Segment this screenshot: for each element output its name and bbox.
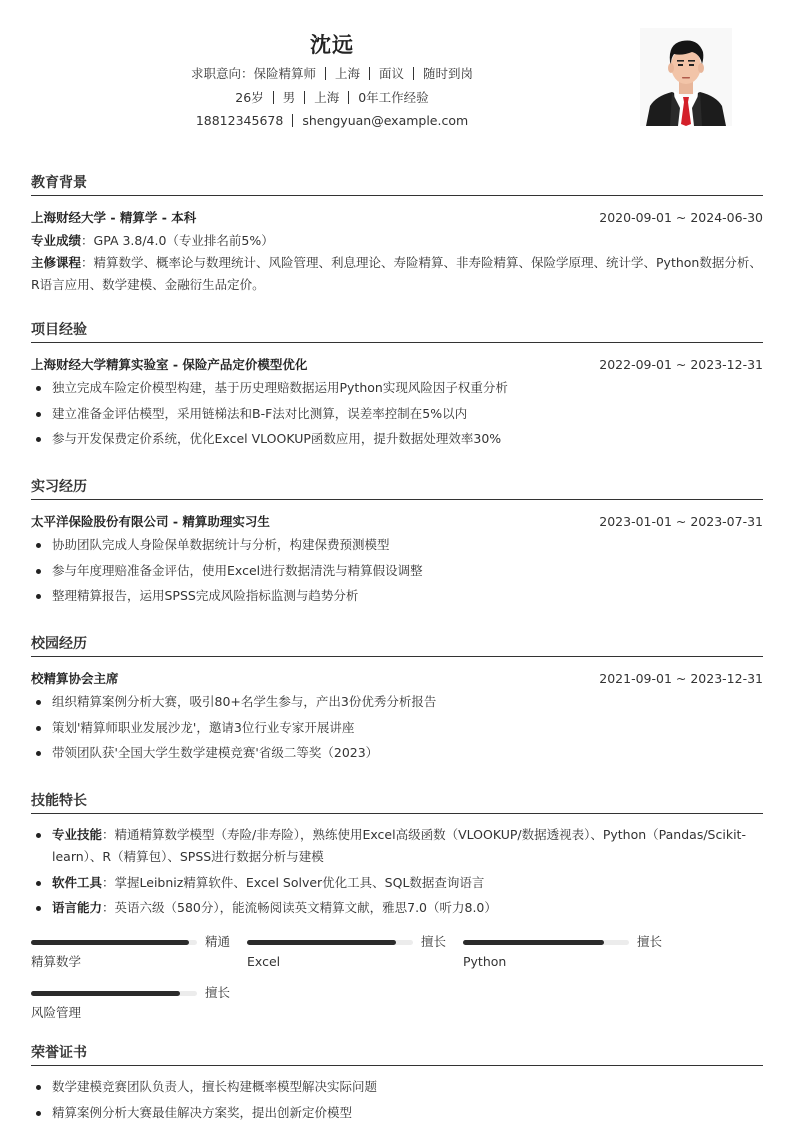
section-title: 技能特长 (31, 788, 763, 814)
skill-label: 语言能力 (52, 900, 102, 915)
courses-value: ：精算数学、概率论与数理统计、风险管理、利息理论、寿险精算、非寿险精算、保险学原… (31, 255, 762, 292)
campus-role: 校精算协会主席 (31, 669, 119, 687)
list-item: 组织精算案例分析大赛，吸引80+名学生参与，产出3份优秀分析报告 (31, 691, 763, 713)
list-item: 带领团队获'全国大学生数学建模竞赛'省级二等奖（2023） (31, 742, 763, 764)
skills-bullets: 专业技能：精通精算数学模型（寿险/非寿险），熟练使用Excel高级函数（VLOO… (31, 824, 763, 919)
project-entry-header: 上海财经大学精算实验室 - 保险产品定价模型优化 2022-09-01 ~ 20… (31, 353, 763, 375)
skill-name: Excel (247, 952, 280, 972)
gpa-line: 专业成绩：GPA 3.8/4.0（专业排名前5%） (31, 230, 763, 252)
intent-salary: 面议 (379, 66, 404, 81)
internship-bullets: 协助团队完成人身险保单数据统计与分析，构建保费预测模型 参与年度理赔准备金评估，… (31, 534, 763, 607)
separator (369, 67, 370, 80)
skill-level: 擅长 (637, 933, 662, 951)
basic-info-line: 26岁男上海0年工作经验 (30, 86, 634, 110)
list-item: 专业技能：精通精算数学模型（寿险/非寿险），熟练使用Excel高级函数（VLOO… (31, 824, 763, 868)
gpa-value: ：GPA 3.8/4.0（专业排名前5%） (81, 233, 274, 248)
skill-name: 精算数学 (31, 952, 81, 972)
skill-bar-fill (31, 940, 189, 945)
skill-level: 精通 (205, 933, 230, 951)
age: 26岁 (235, 90, 263, 105)
person-portrait-icon (640, 28, 732, 126)
avatar-photo (640, 28, 732, 126)
list-item: 精算案例分析大赛最佳解决方案奖，提出创新定价模型 (31, 1102, 763, 1123)
separator (413, 67, 414, 80)
section-title: 教育背景 (31, 170, 763, 196)
email[interactable]: shengyuan@example.com (302, 113, 468, 128)
skills-section: 技能特长 专业技能：精通精算数学模型（寿险/非寿险），熟练使用Excel高级函数… (31, 788, 763, 923)
separator (273, 91, 274, 104)
skill-bar-track (247, 940, 413, 945)
skill-level: 擅长 (421, 933, 446, 951)
honors-section: 荣誉证书 数学建模竞赛团队负责人，擅长构建概率模型解决实际问题 精算案例分析大赛… (31, 1040, 763, 1123)
skill-bar-item: 精通 精算数学 (31, 933, 231, 973)
list-item: 语言能力：英语六级（580分），能流畅阅读英文精算文献，雅思7.0（听力8.0） (31, 897, 763, 919)
courses-line: 主修课程：精算数学、概率论与数理统计、风险管理、利息理论、寿险精算、非寿险精算、… (31, 252, 763, 296)
school-degree: 上海财经大学 - 精算学 - 本科 (31, 208, 196, 226)
list-item: 协助团队完成人身险保单数据统计与分析，构建保费预测模型 (31, 534, 763, 556)
skill-text: ：精通精算数学模型（寿险/非寿险），熟练使用Excel高级函数（VLOOKUP/… (52, 827, 746, 864)
job-intent-line: 求职意向：保险精算师上海面议随时到岗 (30, 62, 634, 86)
intent-city: 上海 (335, 66, 360, 81)
skill-bar-item: 擅长 Excel (247, 933, 447, 973)
internship-entry-header: 太平洋保险股份有限公司 - 精算助理实习生 2023-01-01 ~ 2023-… (31, 510, 763, 532)
resume-page: 沈远 求职意向：保险精算师上海面议随时到岗 26岁男上海0年工作经验 18812… (0, 0, 794, 1123)
skill-bar-track (463, 940, 629, 945)
contact-line: 18812345678shengyuan@example.com (30, 109, 634, 133)
project-name: 上海财经大学精算实验室 - 保险产品定价模型优化 (31, 355, 307, 373)
skill-bar-fill (247, 940, 396, 945)
skill-bar-track (31, 940, 197, 945)
list-item: 独立完成车险定价模型构建，基于历史理赔数据运用Python实现风险因子权重分析 (31, 377, 763, 399)
separator (325, 67, 326, 80)
separator (292, 114, 293, 127)
date-range: 2023-01-01 ~ 2023-07-31 (599, 514, 763, 529)
internship-section: 实习经历 太平洋保险股份有限公司 - 精算助理实习生 2023-01-01 ~ … (31, 474, 763, 611)
list-item: 整理精算报告，运用SPSS完成风险指标监测与趋势分析 (31, 585, 763, 607)
location: 上海 (314, 90, 339, 105)
date-range: 2021-09-01 ~ 2023-12-31 (599, 671, 763, 686)
section-title: 荣誉证书 (31, 1040, 763, 1066)
campus-section: 校园经历 校精算协会主席 2021-09-01 ~ 2023-12-31 组织精… (31, 631, 763, 768)
phone: 18812345678 (196, 113, 283, 128)
skill-name: 风险管理 (31, 1003, 81, 1023)
gender: 男 (283, 90, 296, 105)
project-bullets: 独立完成车险定价模型构建，基于历史理赔数据运用Python实现风险因子权重分析 … (31, 377, 763, 450)
list-item: 建立准备金评估模型，采用链梯法和B-F法对比测算，误差率控制在5%以内 (31, 403, 763, 425)
skill-bar-track (31, 991, 197, 996)
skill-label: 专业技能 (52, 827, 102, 842)
section-title: 项目经验 (31, 317, 763, 343)
skill-bar-fill (31, 991, 180, 996)
job-intent: 求职意向：保险精算师 (191, 66, 316, 81)
list-item: 参与开发保费定价系统，优化Excel VLOOKUP函数应用，提升数据处理效率3… (31, 428, 763, 450)
projects-section: 项目经验 上海财经大学精算实验室 - 保险产品定价模型优化 2022-09-01… (31, 317, 763, 454)
skill-bar-item: 擅长 Python (463, 933, 663, 973)
campus-entry-header: 校精算协会主席 2021-09-01 ~ 2023-12-31 (31, 667, 763, 689)
date-range: 2022-09-01 ~ 2023-12-31 (599, 357, 763, 372)
skill-label: 软件工具 (52, 875, 102, 890)
experience: 0年工作经验 (358, 90, 428, 105)
education-section: 教育背景 上海财经大学 - 精算学 - 本科 2020-09-01 ~ 2024… (31, 170, 763, 296)
skill-level: 擅长 (205, 984, 230, 1002)
list-item: 软件工具：掌握Leibniz精算软件、Excel Solver优化工具、SQL数… (31, 872, 763, 894)
candidate-name: 沈远 (30, 28, 634, 62)
skill-bar-fill (463, 940, 604, 945)
section-title: 实习经历 (31, 474, 763, 500)
skill-bar-item: 擅长 风险管理 (31, 984, 231, 1024)
separator (348, 91, 349, 104)
courses-label: 主修课程 (31, 255, 81, 270)
skill-name: Python (463, 952, 506, 972)
date-range: 2020-09-01 ~ 2024-06-30 (599, 210, 763, 225)
skill-text: ：英语六级（580分），能流畅阅读英文精算文献，雅思7.0（听力8.0） (102, 900, 497, 915)
campus-bullets: 组织精算案例分析大赛，吸引80+名学生参与，产出3份优秀分析报告 策划'精算师职… (31, 691, 763, 764)
intent-availability: 随时到岗 (423, 66, 473, 81)
honors-bullets: 数学建模竞赛团队负责人，擅长构建概率模型解决实际问题 精算案例分析大赛最佳解决方… (31, 1076, 763, 1123)
resume-header: 沈远 求职意向：保险精算师上海面议随时到岗 26岁男上海0年工作经验 18812… (0, 28, 634, 133)
gpa-label: 专业成绩 (31, 233, 81, 248)
list-item: 策划'精算师职业发展沙龙'，邀请3位行业专家开展讲座 (31, 717, 763, 739)
list-item: 参与年度理赔准备金评估，使用Excel进行数据清洗与精算假设调整 (31, 560, 763, 582)
skill-text: ：掌握Leibniz精算软件、Excel Solver优化工具、SQL数据查询语… (102, 875, 484, 890)
separator (304, 91, 305, 104)
list-item: 数学建模竞赛团队负责人，擅长构建概率模型解决实际问题 (31, 1076, 763, 1098)
section-title: 校园经历 (31, 631, 763, 657)
education-entry-header: 上海财经大学 - 精算学 - 本科 2020-09-01 ~ 2024-06-3… (31, 206, 763, 228)
company-role: 太平洋保险股份有限公司 - 精算助理实习生 (31, 512, 270, 530)
